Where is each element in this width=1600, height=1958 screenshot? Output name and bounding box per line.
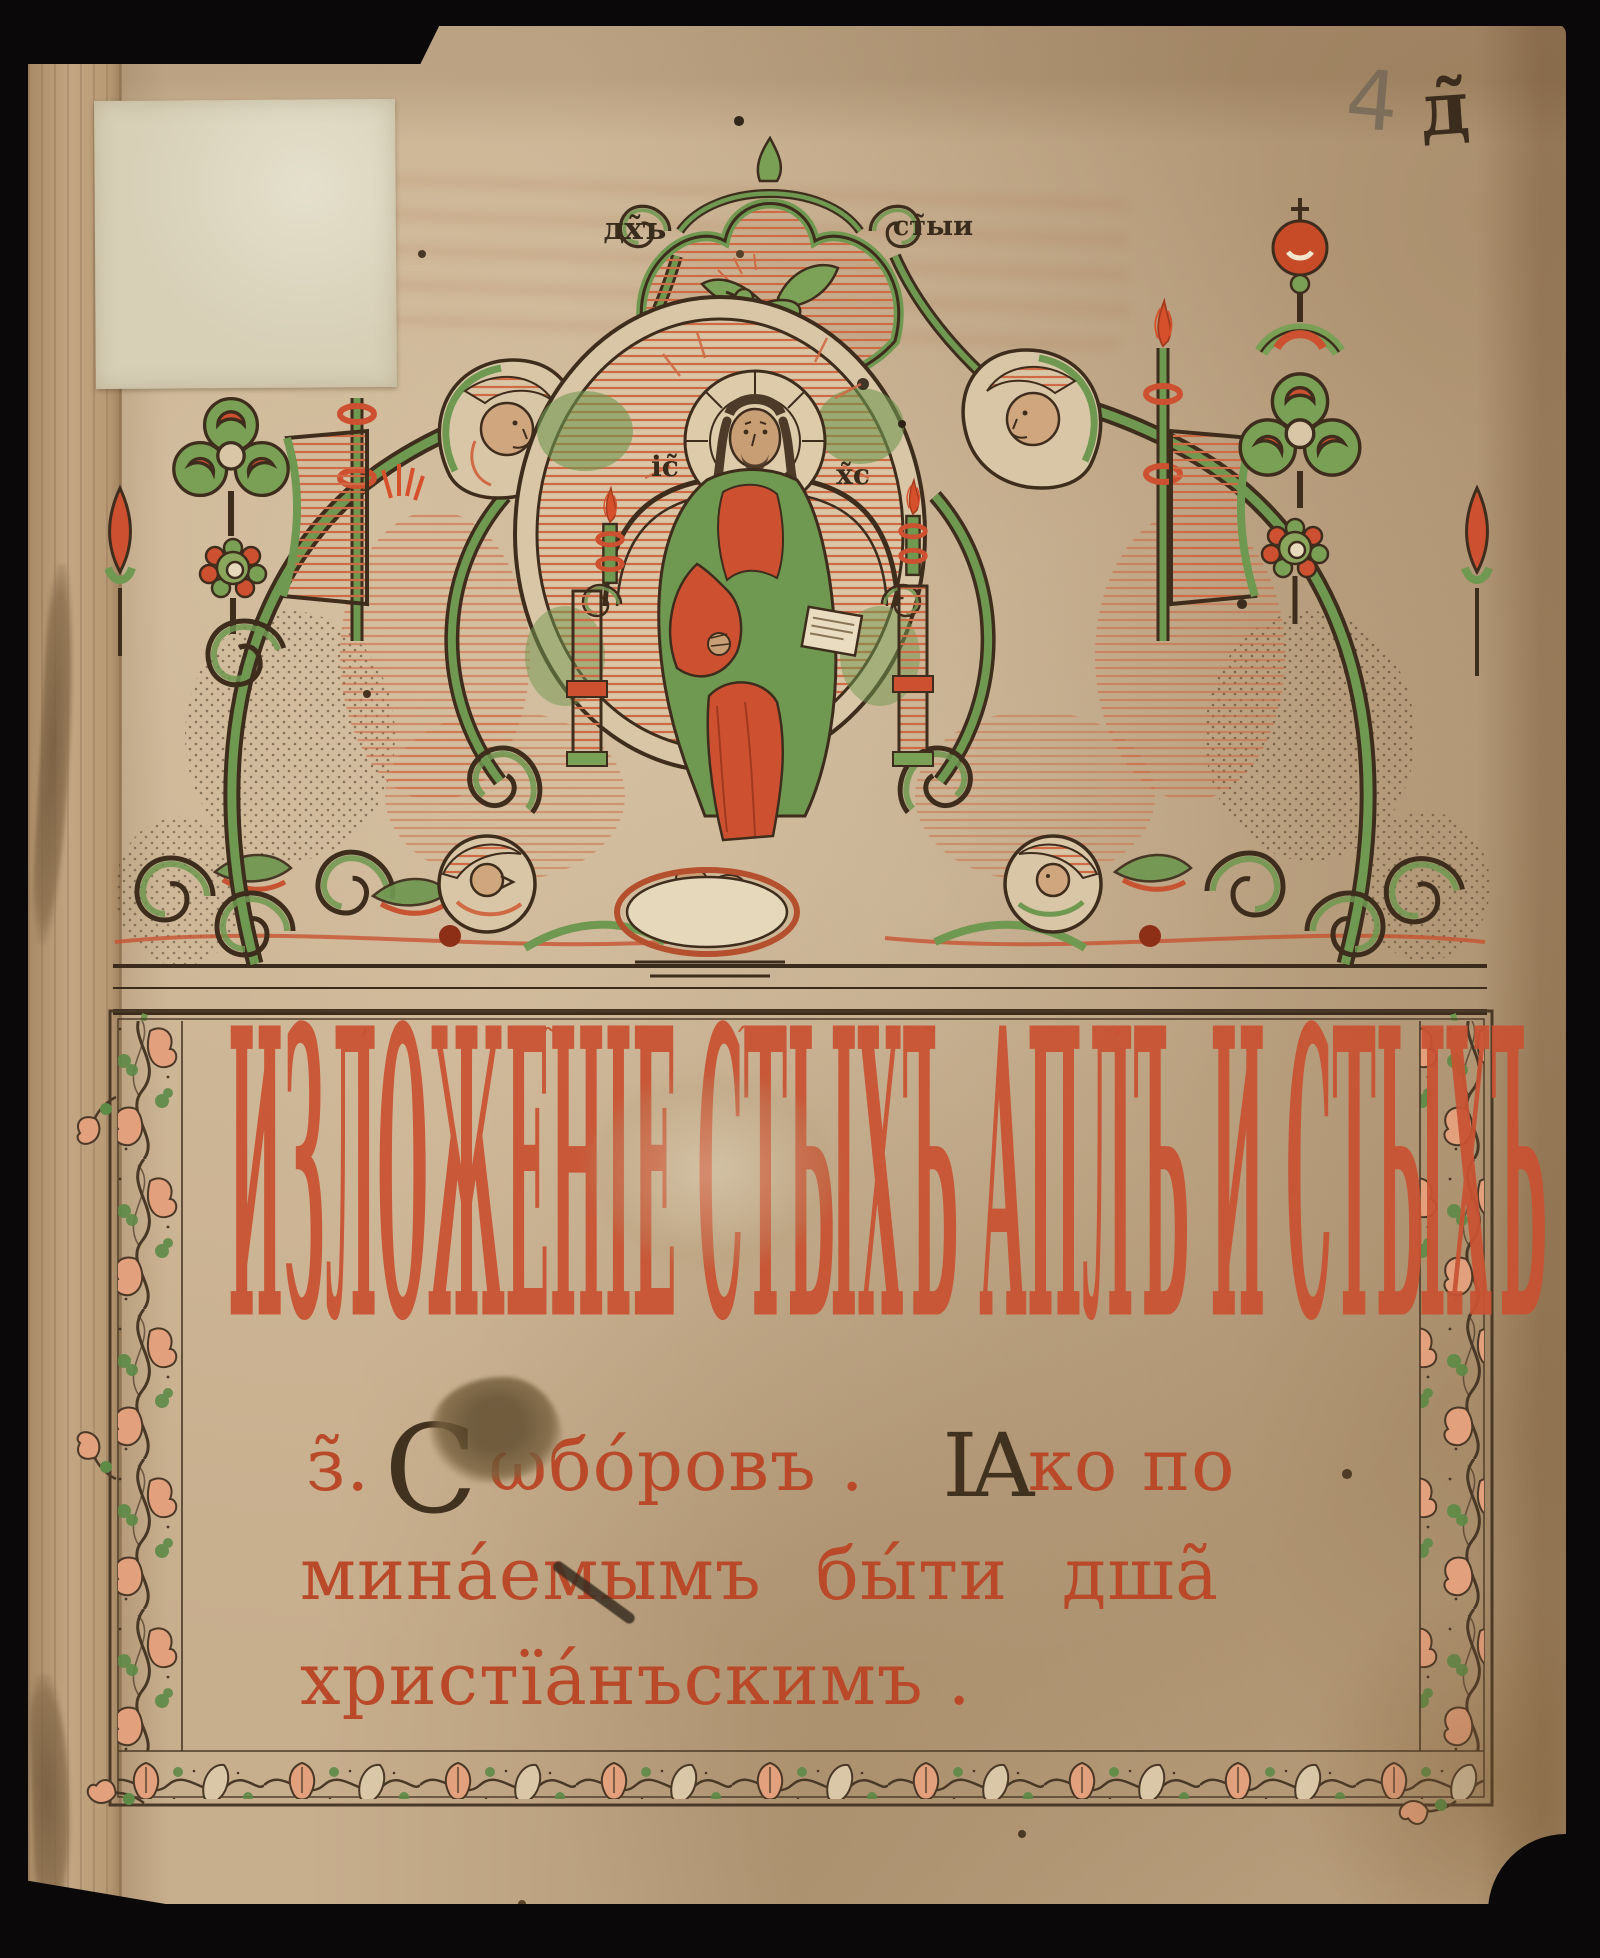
water-stain [588, 1076, 838, 1266]
backdrop-right [1566, 0, 1600, 1958]
base-garland [137, 846, 1467, 948]
christogram-ic: іс̃ [651, 450, 679, 483]
backdrop-left [0, 0, 28, 1958]
yako-ligature: ІА [942, 1414, 1027, 1517]
ornamental-headpiece: дх̃ъ ст̃ыи [105, 136, 1495, 1021]
council-number: з̃. [306, 1423, 370, 1507]
seraph-medallion-left [439, 836, 535, 932]
vyaz-title-text: ИЗЛОЖЕНІЕ СТЫХЪ АПЛЪ И СТЫХЪ ОЦЪ [228, 979, 1566, 1376]
backdrop-top-left [0, 0, 452, 64]
border-band-left [118, 1021, 182, 1751]
subtitle-tail: ко по [1028, 1423, 1236, 1507]
ink-stain [430, 1377, 562, 1483]
border-band-bottom [118, 1753, 1484, 1799]
photo-backdrop: 4 д̃ [0, 0, 1600, 1958]
christogram-xc: х̃с [836, 458, 870, 491]
dove-inscription-left: дх̃ъ [604, 211, 667, 247]
dove-inscription-right: ст̃ыи [893, 211, 973, 242]
manuscript-page: 4 д̃ [28, 24, 1566, 1904]
seraph-medallion-right [1005, 836, 1101, 932]
subtitle-line-3: христїа́нъскимъ . [300, 1637, 972, 1721]
subtitle-line-2: мина́емымъ бы́ти дша̃ [300, 1532, 1219, 1616]
cherub-face-right [963, 350, 1101, 488]
